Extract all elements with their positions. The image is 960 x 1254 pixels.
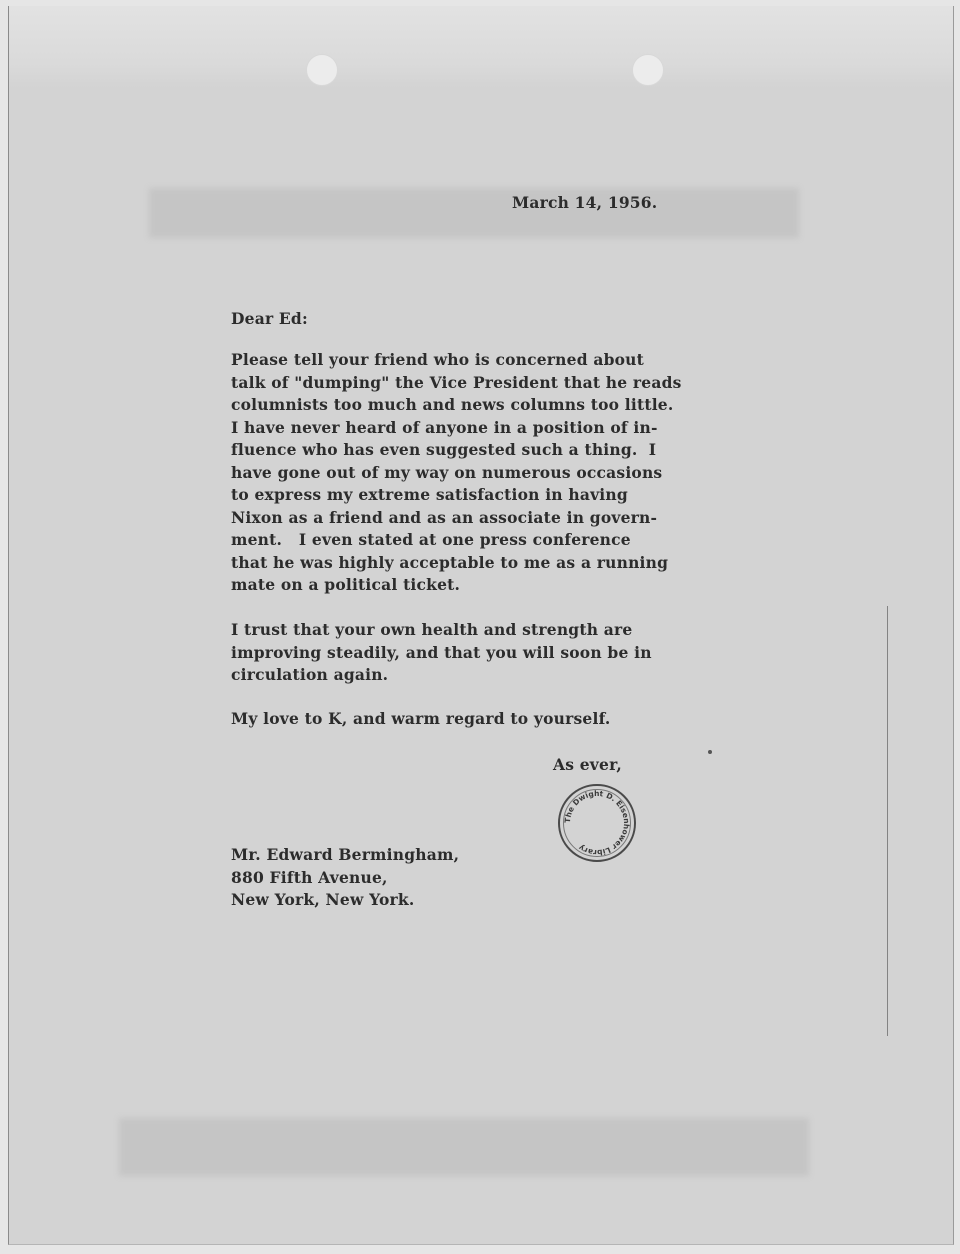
recipient-street: 880 Fifth Avenue, [231,867,459,890]
header-shading [149,188,799,238]
body-line: Nixon as a friend and as an associate in… [231,507,751,530]
recipient-city: New York, New York. [231,889,459,912]
closing: As ever, [553,754,622,777]
body-line: to express my extreme satisfaction in ha… [231,484,751,507]
library-stamp-icon: The Dwight D. Eisenhower Library [558,784,636,862]
body-line: mate on a political ticket. [231,574,751,597]
ink-smudge [708,750,712,754]
body-paragraph-1: Please tell your friend who is concerned… [231,349,751,597]
body-line: Please tell your friend who is concerned… [231,349,751,372]
recipient-address: Mr. Edward Bermingham, 880 Fifth Avenue,… [231,844,459,912]
body-line: circulation again. [231,664,751,687]
body-paragraph-2: I trust that your own health and strengt… [231,619,751,687]
body-line: ment. I even stated at one press confere… [231,529,751,552]
stamp-text: The Dwight D. Eisenhower Library [563,789,631,857]
fold-crease [887,606,888,1036]
svg-text:The Dwight D. Eisenhower Libra: The Dwight D. Eisenhower Library [563,789,631,857]
body-line: My love to K, and warm regard to yoursel… [231,708,751,731]
body-paragraph-3: My love to K, and warm regard to yoursel… [231,708,751,731]
body-line: improving steadily, and that you will so… [231,642,751,665]
body-line: I have never heard of anyone in a positi… [231,417,751,440]
sheet-top-margin [9,6,953,88]
letter-date: March 14, 1956. [512,192,657,215]
punch-hole-left [306,54,338,86]
body-line: talk of "dumping" the Vice President tha… [231,372,751,395]
salutation: Dear Ed: [231,308,308,331]
body-line: columnists too much and news columns too… [231,394,751,417]
body-line: fluence who has even suggested such a th… [231,439,751,462]
punch-hole-right [632,54,664,86]
footer-shading [119,1118,809,1176]
body-line: have gone out of my way on numerous occa… [231,462,751,485]
body-line: that he was highly acceptable to me as a… [231,552,751,575]
body-line: I trust that your own health and strengt… [231,619,751,642]
stamp-text-ring: The Dwight D. Eisenhower Library [558,784,636,862]
recipient-name: Mr. Edward Bermingham, [231,844,459,867]
